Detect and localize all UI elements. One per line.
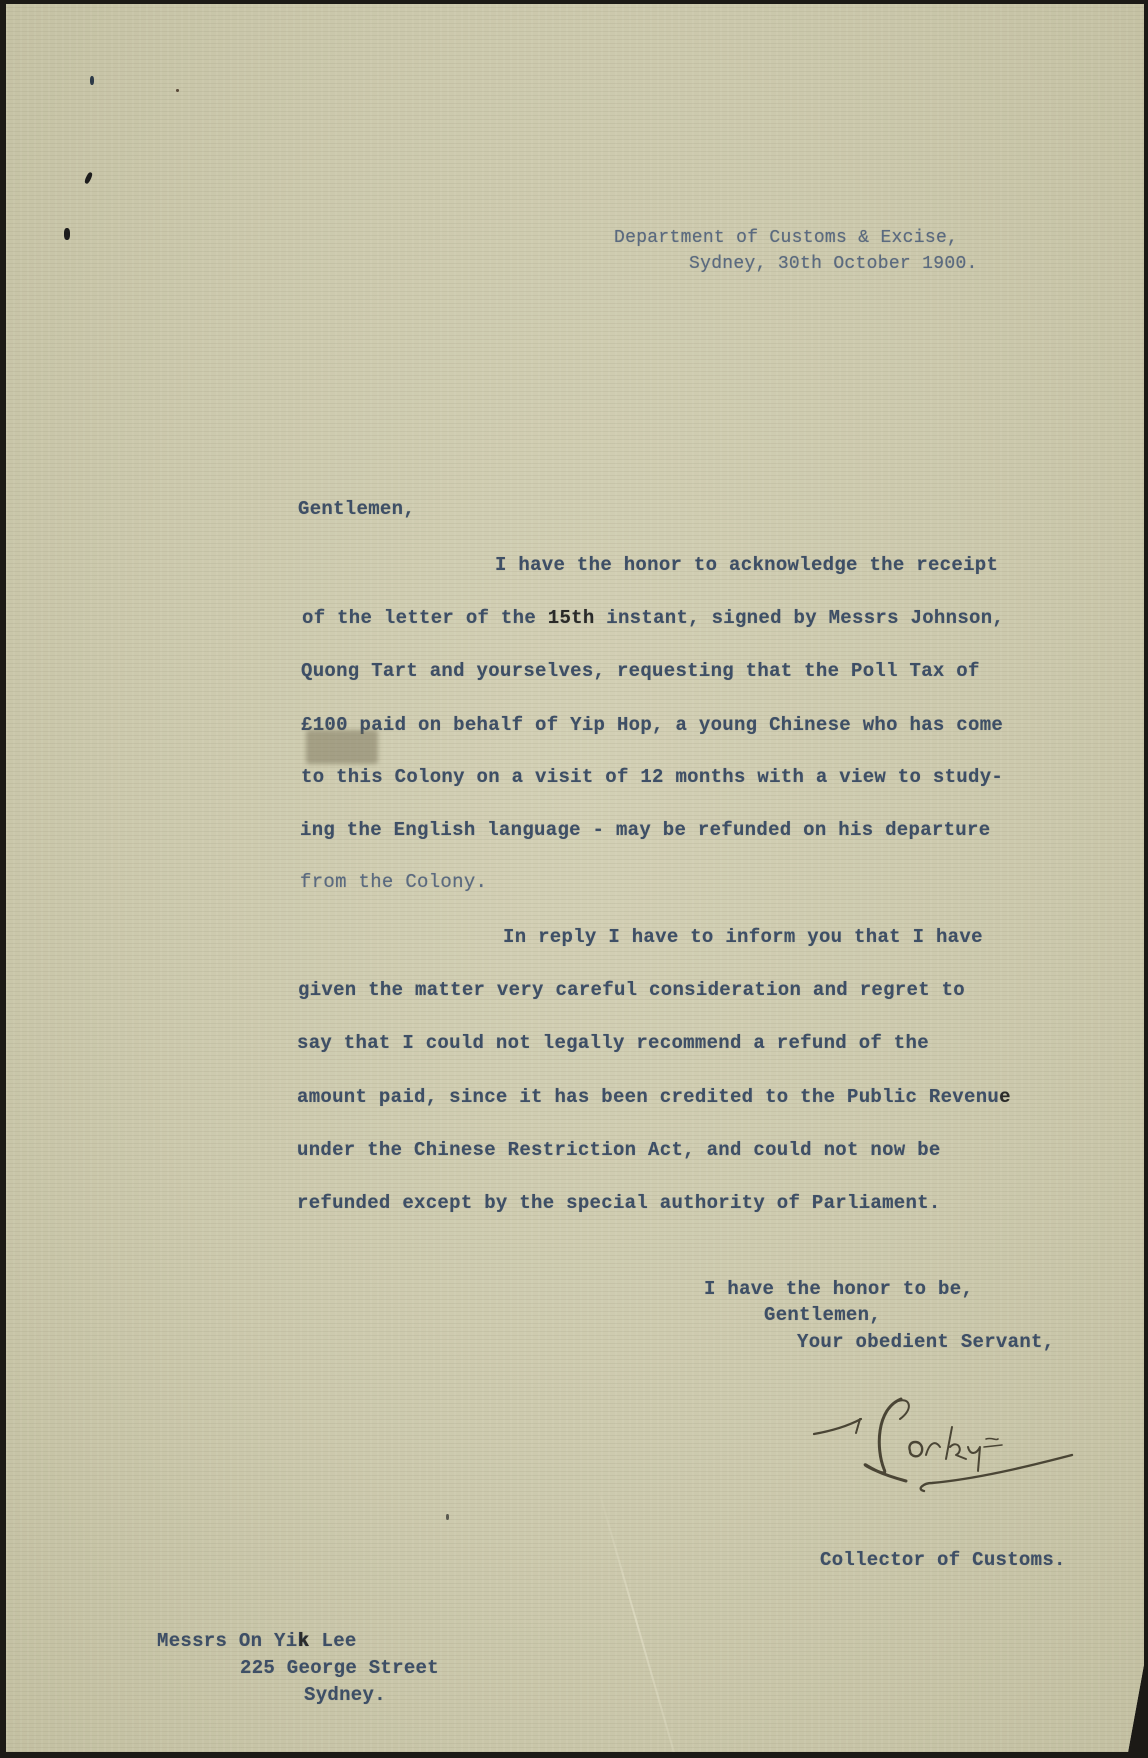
text-segment: Lee bbox=[310, 1630, 357, 1652]
body-line: of the letter of the 15th instant, signe… bbox=[302, 607, 1004, 629]
body-line: from the Colony. bbox=[300, 871, 487, 893]
body-line: £100 paid on behalf of Yip Hop, a young … bbox=[301, 714, 1003, 736]
paper-speck bbox=[90, 76, 94, 85]
body-line: given the matter very careful considerat… bbox=[298, 979, 965, 1001]
letterhead-department: Department of Customs & Excise, bbox=[614, 228, 958, 248]
body-line: Quong Tart and yourselves, requesting th… bbox=[301, 660, 980, 682]
addressee-street: 225 George Street bbox=[240, 1657, 439, 1679]
paper-speck bbox=[176, 89, 179, 92]
ink-smudge bbox=[306, 730, 378, 764]
paper-speck bbox=[84, 172, 94, 185]
closing-line: Gentlemen, bbox=[764, 1304, 881, 1326]
signatory-title: Collector of Customs. bbox=[820, 1549, 1066, 1571]
body-line: under the Chinese Restriction Act, and c… bbox=[297, 1139, 941, 1161]
overstruck-letter: e bbox=[999, 1086, 1011, 1108]
body-line: amount paid, since it has been credited … bbox=[297, 1086, 1011, 1108]
text-segment: Messrs On Yik bbox=[157, 1630, 309, 1652]
body-line: to this Colony on a visit of 12 months w… bbox=[301, 766, 1003, 788]
body-line: refunded except by the special authority… bbox=[297, 1192, 941, 1214]
letter-paper: Department of Customs & Excise, Sydney, … bbox=[6, 4, 1144, 1752]
paper-crease bbox=[596, 1484, 675, 1754]
overstruck-date: 15th bbox=[548, 607, 595, 629]
body-line: say that I could not legally recommend a… bbox=[297, 1032, 929, 1054]
text-segment: amount paid, since it has been credited … bbox=[297, 1086, 999, 1108]
paper-speck bbox=[64, 228, 70, 240]
handwritten-signature-icon bbox=[806, 1389, 1086, 1509]
text-segment: of the letter of the bbox=[302, 607, 548, 629]
addressee-city: Sydney. bbox=[304, 1684, 386, 1706]
addressee-name: Messrs On Yikk Lee bbox=[157, 1630, 357, 1652]
salutation: Gentlemen, bbox=[298, 498, 415, 520]
body-line: ing the English language - may be refund… bbox=[300, 819, 990, 841]
body-line: I have the honor to acknowledge the rece… bbox=[495, 554, 998, 576]
overstruck-letter: k bbox=[298, 1630, 310, 1652]
letter-date: Sydney, 30th October 1900. bbox=[689, 254, 978, 274]
closing-line: I have the honor to be, bbox=[704, 1278, 973, 1300]
closing-line: Your obedient Servant, bbox=[797, 1331, 1054, 1353]
text-segment: instant, signed by Messrs Johnson, bbox=[595, 607, 1005, 629]
body-line: In reply I have to inform you that I hav… bbox=[503, 926, 983, 948]
paper-speck bbox=[446, 1514, 449, 1520]
